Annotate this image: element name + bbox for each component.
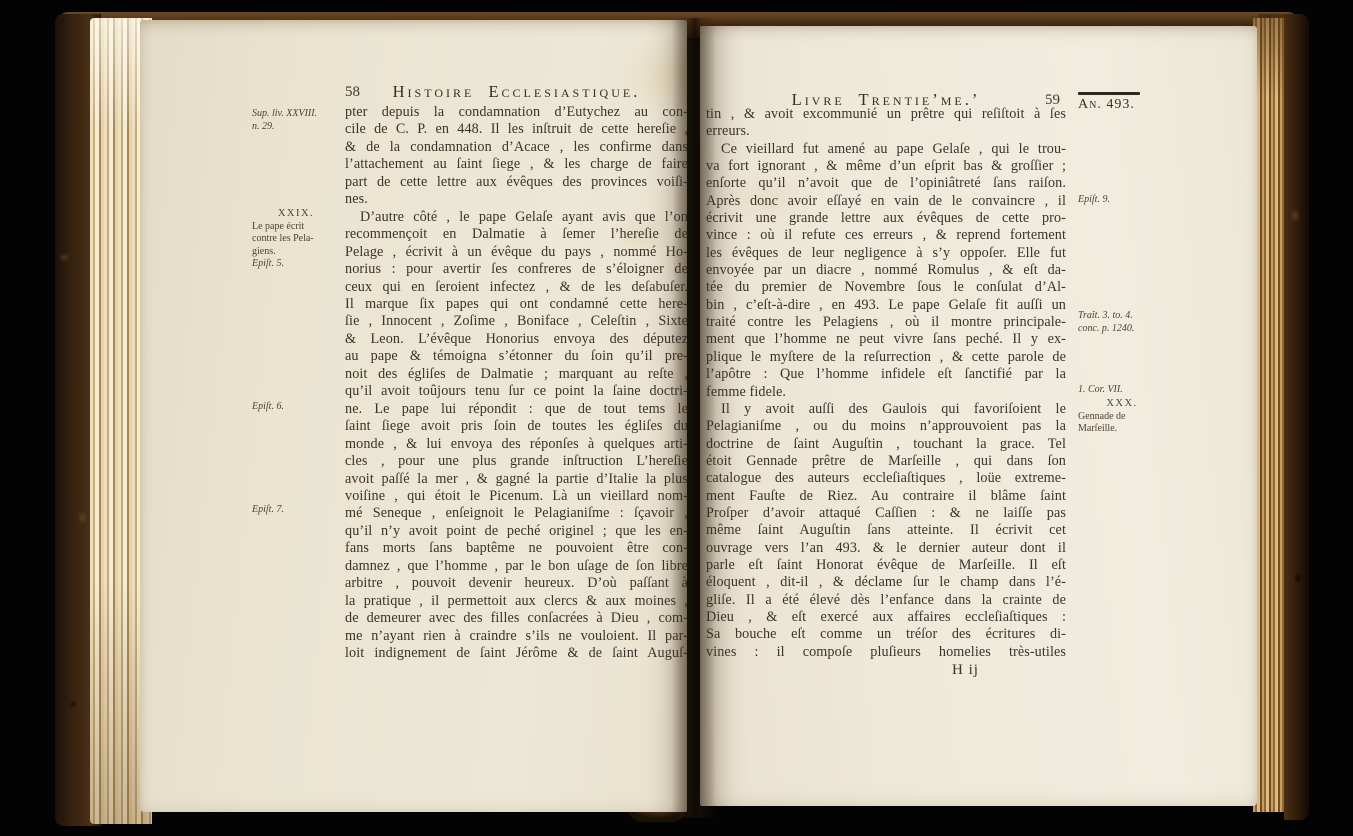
left-page: 58 Histoire Ecclesiastique. Sup. liv. XX…: [140, 20, 687, 812]
right-page: Livre Trentie’me.’ 59 An. 493. Epiſt. 9.…: [700, 26, 1257, 806]
text-line: traité contre les Pelagiens , où il mont…: [706, 314, 1066, 331]
text-line: fans morts ſans baptême ne pouvoient êtr…: [345, 540, 688, 557]
text-line: Sa bouche eſt comme un tréſor des écritu…: [706, 626, 1066, 643]
margin-note-reference: Sup. liv. XXVIII.n. 29.: [252, 108, 340, 133]
text-line: la pratique , il permettoit aux clercs &…: [345, 593, 688, 610]
text-line: Gennade de: [1078, 411, 1166, 424]
text-line: norius : pour avertir ſes confreres de s…: [345, 261, 688, 278]
text-line: XXIX.: [252, 208, 340, 221]
text-line: noit des égliſes de Dalmatie ; marquant …: [345, 366, 688, 383]
margin-note-epist6: Epiſt. 6.: [252, 401, 340, 414]
text-line: gliſe. Il a été élevé dès l’enfance dans…: [706, 592, 1066, 609]
text-line: l’apôtre : Que l’homme infidele eſt ſanc…: [706, 366, 1066, 383]
text-line: étoit Gennade prêtre de Marſeille , qui …: [706, 453, 1066, 470]
text-line: & de la condamnation d’Acace , les confi…: [345, 139, 688, 156]
margin-note-tract: Traît. 3. to. 4.conc. p. 1240.: [1078, 310, 1166, 335]
text-line: n. 29.: [252, 121, 340, 134]
text-line: erreurs.: [706, 123, 1066, 140]
text-line: monde , & lui envoya des réponſes à quel…: [345, 436, 688, 453]
signature-mark: H ij: [952, 662, 979, 679]
text-line: va fort ignorant , & même d’un eſprit ba…: [706, 158, 1066, 175]
text-line: doctrine de ſaint Auguſtin , touchant la…: [706, 436, 1066, 453]
text-line: écrivit une grande lettre aux évêques de…: [706, 210, 1066, 227]
year-text: An. 493.: [1078, 99, 1158, 112]
text-line: voiſine , qui étoit le Picenum. Là un vi…: [345, 488, 688, 505]
text-line: Pelage , écrivit à un évêque du pays , n…: [345, 244, 688, 261]
text-line: Le pape écrit: [252, 221, 340, 234]
margin-note-epist7: Epiſt. 7.: [252, 504, 340, 517]
margin-note-corinthians: 1. Cor. VII.: [1078, 384, 1166, 397]
text-line: de demeurer avec des filles conſacrées à…: [345, 610, 688, 627]
text-line: ſie , Innocent , Zoſime , Boniface , Cel…: [345, 313, 688, 330]
text-line: tée du premier de Novembre ſous le conſu…: [706, 279, 1066, 296]
text-line: plique le myſtere de la reſurrection , &…: [706, 349, 1066, 366]
text-line: Il marque ſix papes qui ont condamné cet…: [345, 296, 688, 313]
text-line: cles , pour une plus grande inſtruction …: [345, 453, 688, 470]
text-line: mé Seneque , enſeignoit le Pelagianiſme …: [345, 505, 688, 522]
text-line: bin , c’eſt-à-dire , en 493. Le pape Gel…: [706, 297, 1066, 314]
margin-note-section-xxix: XXIX.Le pape écritcontre les Pela-giens.…: [252, 208, 340, 271]
text-line: Sup. liv. XXVIII.: [252, 108, 340, 121]
text-line: vince : où il refute ces erreurs , & rep…: [706, 227, 1066, 244]
text-line: enſorte qu’il n’avoit que de l’opiniâtre…: [706, 175, 1066, 192]
text-line: conc. p. 1240.: [1078, 323, 1166, 336]
margin-note-year: An. 493.: [1078, 92, 1158, 111]
text-line: Proſper d’avoir attaqué Caſſien : & ne l…: [706, 505, 1066, 522]
left-page-header: 58 Histoire Ecclesiastique.: [345, 82, 688, 104]
text-line: les évêques de leur negligence à s’y opp…: [706, 245, 1066, 262]
left-page-text: pter depuis la condamnation d’Eutychez a…: [345, 104, 688, 663]
left-page-number: 58: [345, 84, 360, 101]
text-line: Ce vieillard fut amené au pape Gelaſe , …: [706, 141, 1066, 158]
text-line: Pelagianiſme , ou du moins n’approuvoien…: [706, 418, 1066, 435]
text-line: qu’il n’y avoit point de peché originel …: [345, 523, 688, 540]
text-line: parle eſt ſaint Honorat évêque de Marſei…: [706, 557, 1066, 574]
text-line: ceux qui en ſeroient infectez , & de les…: [345, 279, 688, 296]
text-line: femme fidele.: [706, 384, 1066, 401]
text-line: avoit paſſé la mer , & gagné la partie d…: [345, 471, 688, 488]
text-line: au pape & témoigna s’étonner du ſoin qu’…: [345, 348, 688, 365]
text-line: & Leon. L’évêque Honorius envoya des dép…: [345, 331, 688, 348]
text-line: Il y avoit auſſi des Gaulois qui favoriſ…: [706, 401, 1066, 418]
text-line: envoyée par un diacre , nommé Romulus , …: [706, 262, 1066, 279]
text-line: l’attachement au ſaint ſiege , & les cha…: [345, 156, 688, 173]
text-line: XXX.: [1078, 398, 1166, 411]
text-line: ne. Le pape lui répondit : que de tout t…: [345, 401, 688, 418]
book-photograph: 58 Histoire Ecclesiastique. Sup. liv. XX…: [0, 0, 1353, 836]
text-line: ment que l’homme ne peut vivre ſans pech…: [706, 331, 1066, 348]
text-line: part de cette lettre aux évêques des pro…: [345, 174, 688, 191]
text-line: pter depuis la condamnation d’Eutychez a…: [345, 104, 688, 121]
text-line: catalogue des auteurs eccleſiaſtiques , …: [706, 470, 1066, 487]
text-line: tin , & avoit excommunié un prêtre qui r…: [706, 106, 1066, 123]
right-page-text: tin , & avoit excommunié un prêtre qui r…: [706, 106, 1066, 661]
text-line: recommençoit en Dalmatie à ſemer l’hereſ…: [345, 226, 688, 243]
text-line: ment Fauſte de Riez. Au contraire il blâ…: [706, 488, 1066, 505]
text-line: arbitre , pouvoit devenir heureux. D’où …: [345, 575, 688, 592]
text-line: D’autre côté , le pape Gelaſe ayant avis…: [345, 209, 688, 226]
year-rule: [1078, 92, 1140, 95]
text-line: loit indignement de ſaint Jérôme & de ſa…: [345, 645, 688, 662]
text-line: contre les Pela-: [252, 233, 340, 246]
text-line: cile de C. P. en 448. Il les inſtruit de…: [345, 121, 688, 138]
text-line: Traît. 3. to. 4.: [1078, 310, 1166, 323]
text-line: ſaint ſiege avoit pris ſoin de toutes le…: [345, 418, 688, 435]
text-line: Après donc avoir eſſayé en vain de le co…: [706, 193, 1066, 210]
text-line: Dieu , & eſt exercé aux affaires eccleſi…: [706, 609, 1066, 626]
text-line: giens.: [252, 246, 340, 259]
margin-note-epist9: Epiſt. 9.: [1078, 194, 1166, 207]
text-line: éloquent , dit-il , & déclame ſur le cha…: [706, 574, 1066, 591]
left-running-title: Histoire Ecclesiastique.: [345, 82, 688, 102]
text-line: damnez , que l’homme , par le bon uſage …: [345, 558, 688, 575]
text-line: même ſaint Auguſtin ſans atteinte. Il éc…: [706, 522, 1066, 539]
text-line: Marſeille.: [1078, 423, 1166, 436]
text-line: Epiſt. 5.: [252, 258, 340, 271]
book-cover-right: [1284, 14, 1309, 820]
text-line: me n’ayant rien à craindre s’ils ne voul…: [345, 628, 688, 645]
text-line: qu’il avoit toûjours tenu ſur ce point l…: [345, 383, 688, 400]
text-line: nes.: [345, 191, 688, 208]
text-line: ouvrage vers l’an 493. & le dernier aute…: [706, 540, 1066, 557]
margin-note-section-xxx: XXX.Gennade deMarſeille.: [1078, 398, 1166, 436]
text-line: vines : il compoſe pluſieurs homelies tr…: [706, 644, 1066, 661]
